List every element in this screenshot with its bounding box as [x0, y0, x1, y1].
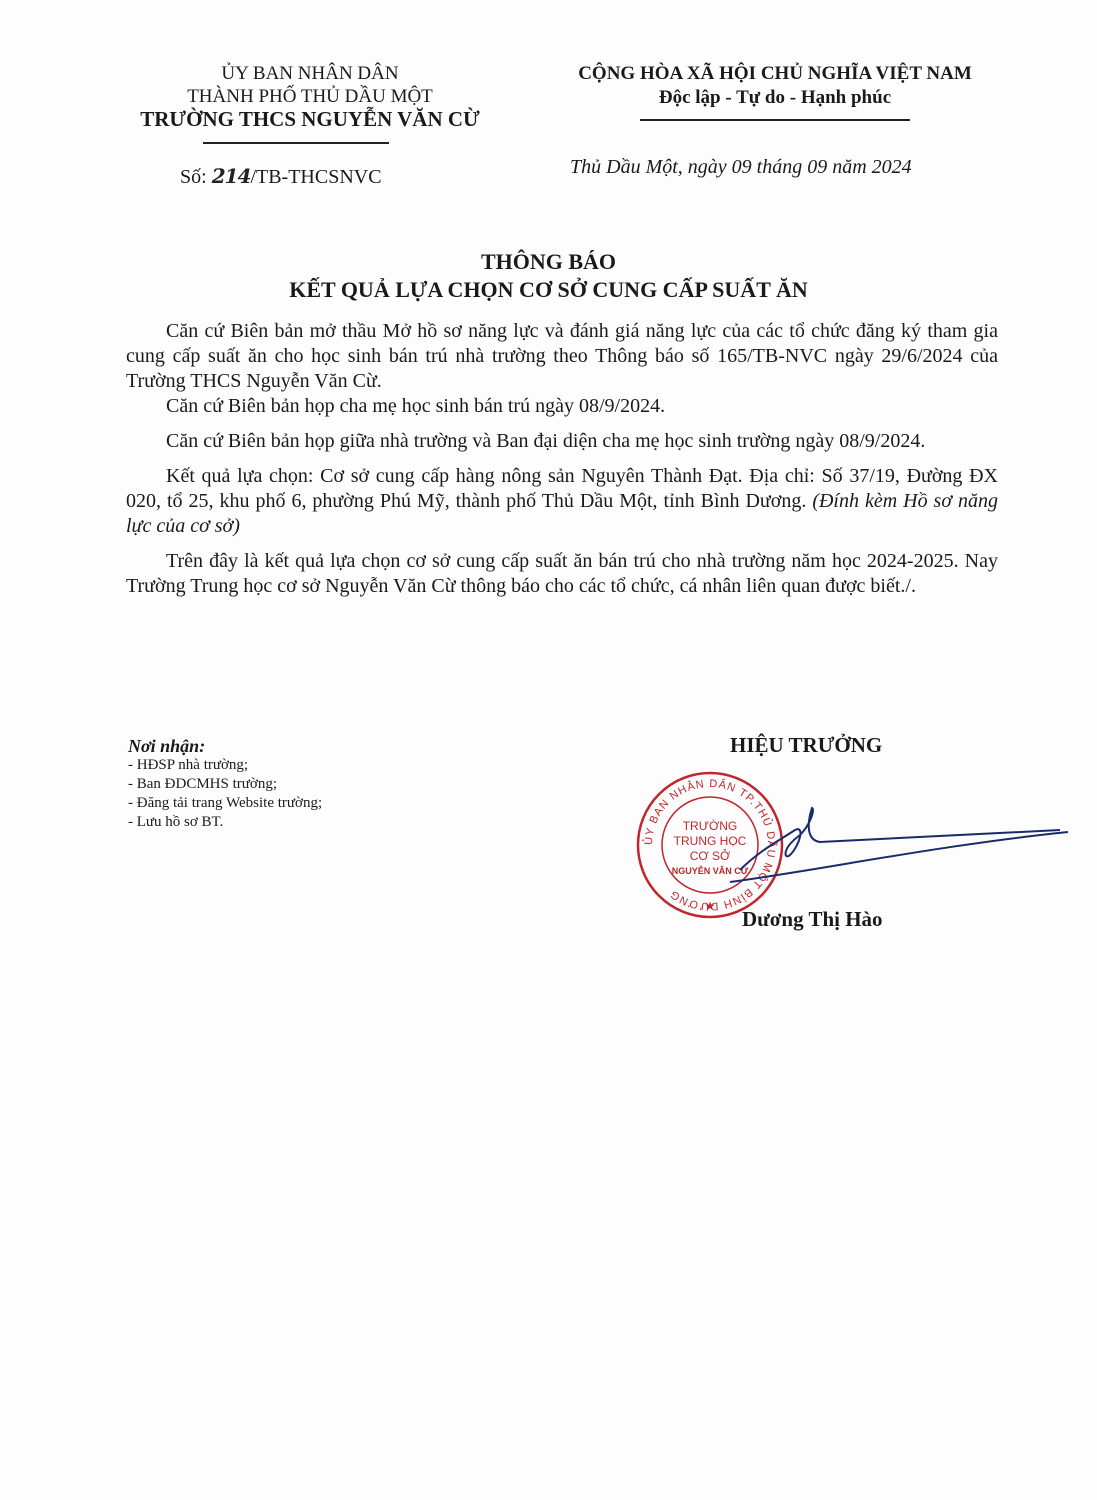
recipient-item: - Lưu hồ sơ BT. [128, 813, 322, 832]
recipients-label: Nơi nhận: [128, 737, 322, 756]
recipient-item: - Đăng tải trang Website trường; [128, 794, 322, 813]
recipient-item: - HĐSP nhà trường; [128, 756, 322, 775]
signer-name: Dương Thị Hào [742, 907, 883, 932]
divider-left [203, 142, 389, 144]
paragraph-1: Căn cứ Biên bản mở thầu Mở hồ sơ năng lự… [126, 319, 998, 394]
paragraph-4: Kết quả lựa chọn: Cơ sở cung cấp hàng nô… [126, 464, 998, 539]
document-body: Căn cứ Biên bản mở thầu Mở hồ sơ năng lự… [126, 319, 998, 599]
authority-line-2: THÀNH PHỐ THỦ DẦU MỘT [110, 85, 510, 108]
title-line-2: KẾT QUẢ LỰA CHỌN CƠ SỞ CUNG CẤP SUẤT ĂN [0, 276, 1097, 304]
recipients-block: Nơi nhận: - HĐSP nhà trường; - Ban ĐDCMH… [128, 737, 322, 832]
divider-right [640, 119, 910, 121]
paragraph-3: Căn cứ Biên bản họp giữa nhà trường và B… [126, 429, 998, 454]
doc-number-handwritten: 214 [212, 164, 251, 188]
recipient-item: - Ban ĐDCMHS trường; [128, 775, 322, 794]
document-number: Số: 214/TB-THCSNVC [180, 164, 382, 189]
school-name: TRƯỜNG THCS NGUYỄN VĂN CỪ [110, 108, 510, 131]
nation-name: CỘNG HÒA XÃ HỘI CHỦ NGHĨA VIỆT NAM [545, 62, 1005, 86]
svg-text:★: ★ [705, 899, 716, 913]
issuing-authority: ỦY BAN NHÂN DÂN THÀNH PHỐ THỦ DẦU MỘT TR… [110, 62, 510, 131]
doc-number-prefix: Số: [180, 166, 212, 188]
doc-number-suffix: /TB-THCSNVC [250, 166, 381, 188]
paragraph-5: Trên đây là kết quả lựa chọn cơ sở cung … [126, 549, 998, 599]
document-title: THÔNG BÁO KẾT QUẢ LỰA CHỌN CƠ SỞ CUNG CẤ… [0, 248, 1097, 304]
handwritten-signature-icon [700, 800, 1070, 890]
national-header: CỘNG HÒA XÃ HỘI CHỦ NGHĨA VIỆT NAM Độc l… [545, 62, 1005, 110]
signer-title: HIỆU TRƯỞNG [730, 733, 882, 758]
issue-date: Thủ Dầu Một, ngày 09 tháng 09 năm 2024 [570, 156, 912, 179]
authority-line-1: ỦY BAN NHÂN DÂN [110, 62, 510, 85]
paragraph-2: Căn cứ Biên bản họp cha mẹ học sinh bán … [126, 394, 998, 419]
title-line-1: THÔNG BÁO [0, 248, 1097, 276]
national-motto: Độc lập - Tự do - Hạnh phúc [545, 86, 1005, 110]
